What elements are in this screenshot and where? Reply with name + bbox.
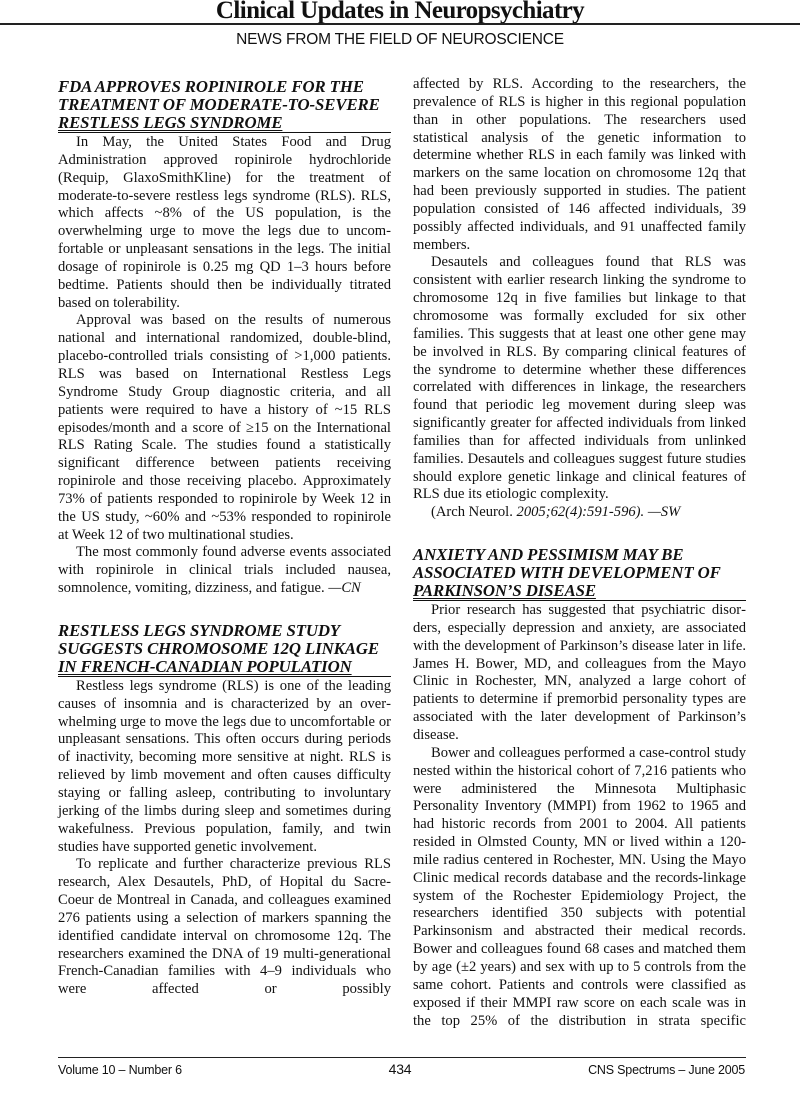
article-headline: ANXIETY AND PESSIMISM MAY BE ASSOCIATED … [413, 546, 746, 601]
article-paragraph: To replicate and further characterize pr… [58, 856, 391, 999]
headline-line: IN FRENCH-CANADIAN POPULATION [58, 658, 391, 676]
author-byline: —CN [328, 580, 360, 596]
article-ropinirole: FDA APPROVES ROPINIROLE FOR THE TREATMEN… [58, 78, 391, 598]
right-column: affected by RLS. According to the resear… [413, 76, 746, 1030]
article-citation: (Arch Neurol. 2005;62(4):591-596). —SW [413, 504, 746, 522]
headline-line: RESTLESS LEGS SYNDROME STUDY [58, 622, 391, 640]
article-paragraph-continued: affected by RLS. According to the resear… [413, 76, 746, 254]
headline-line: FDA APPROVES ROPINIROLE FOR THE [58, 78, 391, 96]
article-headline: FDA APPROVES ROPINIROLE FOR THE TREATMEN… [58, 78, 391, 133]
headline-line: ANXIETY AND PESSIMISM MAY BE [413, 546, 746, 564]
author-byline: —SW [644, 504, 680, 520]
footer-rule [58, 1057, 746, 1058]
journal-section-title: Clinical Updates in Neuropsychiatry [0, 0, 800, 25]
article-paragraph: Prior research has suggested that psychi… [413, 602, 746, 745]
article-paragraph: Bower and colleagues performed a case-co… [413, 745, 746, 1031]
article-paragraph: The most commonly found adverse events a… [58, 544, 391, 598]
headline-line: PARKINSON’S DISEASE [413, 582, 746, 600]
headline-line: SUGGESTS CHROMOSOME 12Q LINKAGE [58, 640, 391, 658]
article-parkinsons: ANXIETY AND PESSIMISM MAY BE ASSOCIATED … [413, 546, 746, 1030]
article-paragraph: In May, the United States Food and Drug … [58, 134, 391, 312]
section-subtitle: NEWS FROM THE FIELD OF NEUROSCIENCE [0, 31, 800, 49]
citation-details: 2005;62(4):591-596). [517, 504, 645, 520]
article-spacer [413, 522, 746, 540]
article-paragraph: Desautels and colleagues found that RLS … [413, 254, 746, 504]
article-paragraph: Restless legs syndrome (RLS) is one of t… [58, 678, 391, 856]
headline-line: RESTLESS LEGS SYNDROME [58, 114, 391, 132]
article-spacer [58, 598, 391, 616]
article-rls-chromosome: RESTLESS LEGS SYNDROME STUDY SUGGESTS CH… [58, 622, 391, 999]
left-column: FDA APPROVES ROPINIROLE FOR THE TREATMEN… [58, 78, 391, 999]
citation-source: (Arch Neurol. [431, 504, 517, 520]
headline-line: TREATMENT OF MODERATE-TO-SEVERE [58, 96, 391, 114]
masthead-rule [0, 23, 800, 25]
footer-journal: CNS Spectrums – June 2005 [588, 1063, 745, 1077]
article-paragraph: Approval was based on the results of num… [58, 312, 391, 544]
article-headline: RESTLESS LEGS SYNDROME STUDY SUGGESTS CH… [58, 622, 391, 677]
headline-line: ASSOCIATED WITH DEVELOPMENT OF [413, 564, 746, 582]
